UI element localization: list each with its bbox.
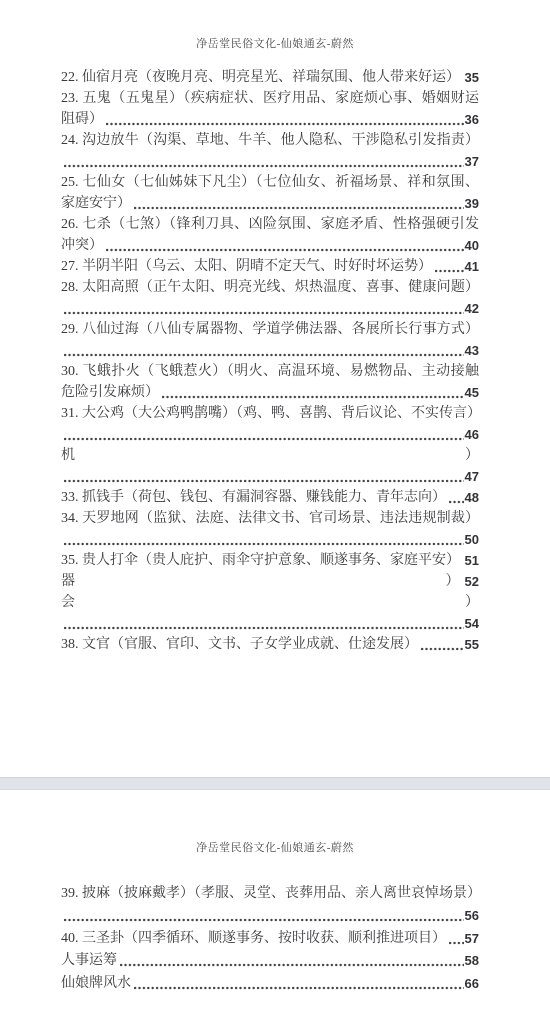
- toc-line-text: 25. 七仙女（七仙姊妹下凡尘）（七位仙女、祈福场景、祥和氛围、: [61, 173, 479, 192]
- toc-line: 43: [61, 339, 479, 360]
- toc-line: 36. 腾蛇入门（藤蛇入门）（蛇、蚂蚁、家中异常、祈福解灾法器）52: [61, 570, 479, 591]
- page-number: 41: [465, 258, 479, 276]
- page-number: 56: [465, 907, 479, 925]
- dot-leader: [64, 164, 464, 168]
- table-of-contents: 22. 仙宿月亮（夜晚月亮、明亮星光、祥瑞氛围、他人带来好运）3523. 五鬼（…: [61, 66, 479, 654]
- document-page-1: 净岳堂民俗文化-仙娘通玄-蔚然 22. 仙宿月亮（夜晚月亮、明亮星光、祥瑞氛围、…: [0, 0, 550, 777]
- toc-line: 家庭安宁）39: [61, 192, 479, 213]
- toc-line: 30. 飞蛾扑火（飞蛾惹火）（明火、高温环境、易燃物品、主动接触: [61, 360, 479, 381]
- dot-leader: [449, 941, 464, 945]
- page-header: 净岳堂民俗文化-仙娘通玄-蔚然: [0, 840, 550, 856]
- page-number: 46: [465, 426, 479, 444]
- toc-line: 34. 天罗地网（监狱、法庭、法律文书、官司场景、违法违规制裁）: [61, 507, 479, 528]
- toc-line: 26. 七杀（七煞）（锋利刀具、凶险氛围、家庭矛盾、性格强硬引发: [61, 213, 479, 234]
- dot-leader: [64, 353, 464, 357]
- page-number: 66: [465, 975, 479, 993]
- toc-line-text: 阻碍）: [61, 110, 103, 129]
- page-number: 50: [465, 531, 479, 549]
- toc-line: 47: [61, 465, 479, 486]
- toc-line: 39. 披麻（披麻戴孝）（孝服、灵堂、丧葬用品、亲人离世哀悼场景）: [61, 880, 479, 903]
- toc-line: 22. 仙宿月亮（夜晚月亮、明亮星光、祥瑞氛围、他人带来好运）35: [61, 66, 479, 87]
- toc-line-text: 仙娘牌风水: [61, 974, 131, 993]
- dot-leader: [134, 206, 464, 210]
- toc-line-text: 人事运筹: [61, 951, 117, 970]
- dot-leader: [64, 918, 464, 922]
- toc-line: 37: [61, 150, 479, 171]
- toc-line-text: 30. 飞蛾扑火（飞蛾惹火）（明火、高温环境、易燃物品、主动接触: [61, 362, 479, 381]
- dot-leader: [64, 479, 464, 483]
- page-number: 55: [465, 636, 479, 654]
- toc-line-text: 27. 半阴半阳（乌云、太阳、阴晴不定天气、时好时坏运势）: [61, 257, 432, 276]
- toc-line: 37. 玉皇大帝（皇宫、京城、权威象征、四通八达道路、无阻碍机会）: [61, 591, 479, 612]
- page-separator: [0, 777, 550, 790]
- dot-leader: [435, 269, 464, 273]
- toc-line: 人事运筹58: [61, 948, 479, 971]
- toc-line-text: 34. 天罗地网（监狱、法庭、法律文书、官司场景、违法违规制裁）: [61, 509, 479, 528]
- page-number: 37: [465, 153, 479, 171]
- toc-line: 32. 姜太公钓鱼（河流、湖水、波浪、沉稳应对险阻、贵人相助契机）: [61, 444, 479, 465]
- toc-line-text: 33. 抓钱手（荷包、钱包、有漏洞容器、赚钱能力、青年志向）: [61, 488, 446, 507]
- toc-line-text: 冲突）: [61, 236, 103, 255]
- toc-line: 50: [61, 528, 479, 549]
- toc-line-text: 38. 文官（官服、官印、文书、子女学业成就、仕途发展）: [61, 635, 418, 654]
- toc-line: 仙娘牌风水66: [61, 970, 479, 993]
- toc-line-text: 31. 大公鸡（大公鸡鸭鹊嘴）（鸡、鸭、喜鹊、背后议论、不实传言）: [61, 404, 479, 423]
- toc-line-text: 危险引发麻烦）: [61, 383, 159, 402]
- dot-leader: [64, 437, 464, 441]
- toc-line: 阻碍）36: [61, 108, 479, 129]
- toc-line-text: 40. 三圣卦（四季循环、顺遂事务、按时收获、顺利推进项目）: [61, 929, 446, 948]
- page-number: 40: [465, 237, 479, 255]
- page-number: 48: [465, 489, 479, 507]
- document-page-2: 净岳堂民俗文化-仙娘通玄-蔚然 39. 披麻（披麻戴孝）（孝服、灵堂、丧葬用品、…: [0, 790, 550, 1036]
- toc-line-text: 24. 沟边放牛（沟渠、草地、牛羊、他人隐私、干涉隐私引发指责）: [61, 131, 479, 150]
- toc-line: 28. 太阳高照（正午太阳、明亮光线、炽热温度、喜事、健康问题）: [61, 276, 479, 297]
- dot-leader: [120, 963, 464, 967]
- page-number: 47: [465, 468, 479, 486]
- toc-line: 35. 贵人打伞（贵人庇护、雨伞守护意象、顺遂事务、家庭平安）51: [61, 549, 479, 570]
- page-header: 净岳堂民俗文化-仙娘通玄-蔚然: [0, 36, 550, 52]
- toc-line: 46: [61, 423, 479, 444]
- toc-line-text: 32. 姜太公钓鱼（河流、湖水、波浪、沉稳应对险阻、贵人相助契机）: [61, 444, 479, 465]
- toc-line-text: 家庭安宁）: [61, 194, 131, 213]
- dot-leader: [64, 542, 464, 546]
- dot-leader: [106, 122, 464, 126]
- toc-line-text: 29. 八仙过海（八仙专属器物、学道学佛法器、各展所长行事方式）: [61, 320, 479, 339]
- page-number: 54: [465, 615, 479, 633]
- page-number: 36: [465, 111, 479, 129]
- dot-leader: [64, 311, 464, 315]
- dot-leader: [106, 248, 464, 252]
- toc-line-text: 22. 仙宿月亮（夜晚月亮、明亮星光、祥瑞氛围、他人带来好运）: [61, 68, 460, 87]
- toc-line: 38. 文官（官服、官印、文书、子女学业成就、仕途发展）55: [61, 633, 479, 654]
- page-number: 58: [465, 952, 479, 970]
- toc-line: 42: [61, 297, 479, 318]
- toc-line: 冲突）40: [61, 234, 479, 255]
- toc-line: 31. 大公鸡（大公鸡鸭鹊嘴）（鸡、鸭、喜鹊、背后议论、不实传言）: [61, 402, 479, 423]
- page-number: 45: [465, 384, 479, 402]
- toc-line-text: 28. 太阳高照（正午太阳、明亮光线、炽热温度、喜事、健康问题）: [61, 278, 479, 297]
- page-number: 39: [465, 195, 479, 213]
- toc-line: 23. 五鬼（五鬼星）（疾病症状、医疗用品、家庭烦心事、婚姻财运: [61, 87, 479, 108]
- page-number: 51: [465, 552, 479, 570]
- toc-line: 危险引发麻烦）45: [61, 381, 479, 402]
- page-number: 52: [465, 573, 479, 591]
- page-number: 42: [465, 300, 479, 318]
- toc-line: 54: [61, 612, 479, 633]
- page-number: 43: [465, 342, 479, 360]
- document-viewer: 净岳堂民俗文化-仙娘通玄-蔚然 22. 仙宿月亮（夜晚月亮、明亮星光、祥瑞氛围、…: [0, 0, 550, 1036]
- toc-line-text: 23. 五鬼（五鬼星）（疾病症状、医疗用品、家庭烦心事、婚姻财运: [61, 89, 479, 108]
- page-number: 57: [465, 930, 479, 948]
- toc-line: 27. 半阴半阳（乌云、太阳、阴晴不定天气、时好时坏运势）41: [61, 255, 479, 276]
- dot-leader: [64, 626, 464, 630]
- toc-line-text: 36. 腾蛇入门（藤蛇入门）（蛇、蚂蚁、家中异常、祈福解灾法器）: [61, 570, 460, 591]
- toc-line: 56: [61, 903, 479, 926]
- toc-line-text: 35. 贵人打伞（贵人庇护、雨伞守护意象、顺遂事务、家庭平安）: [61, 551, 460, 570]
- toc-line: 40. 三圣卦（四季循环、顺遂事务、按时收获、顺利推进项目）57: [61, 925, 479, 948]
- toc-line-text: 26. 七杀（七煞）（锋利刀具、凶险氛围、家庭矛盾、性格强硬引发: [61, 215, 479, 234]
- dot-leader: [421, 647, 464, 651]
- page-number: 35: [465, 69, 479, 87]
- toc-line: 29. 八仙过海（八仙专属器物、学道学佛法器、各展所长行事方式）: [61, 318, 479, 339]
- toc-line: 33. 抓钱手（荷包、钱包、有漏洞容器、赚钱能力、青年志向）48: [61, 486, 479, 507]
- table-of-contents: 39. 披麻（披麻戴孝）（孝服、灵堂、丧葬用品、亲人离世哀悼场景）5640. 三…: [61, 880, 479, 993]
- toc-line: 25. 七仙女（七仙姊妹下凡尘）（七位仙女、祈福场景、祥和氛围、: [61, 171, 479, 192]
- toc-line: 24. 沟边放牛（沟渠、草地、牛羊、他人隐私、干涉隐私引发指责）: [61, 129, 479, 150]
- toc-line-text: 37. 玉皇大帝（皇宫、京城、权威象征、四通八达道路、无阻碍机会）: [61, 591, 479, 612]
- dot-leader: [134, 986, 464, 990]
- toc-line-text: 39. 披麻（披麻戴孝）（孝服、灵堂、丧葬用品、亲人离世哀悼场景）: [61, 884, 479, 903]
- dot-leader: [449, 500, 464, 504]
- dot-leader: [162, 395, 464, 399]
